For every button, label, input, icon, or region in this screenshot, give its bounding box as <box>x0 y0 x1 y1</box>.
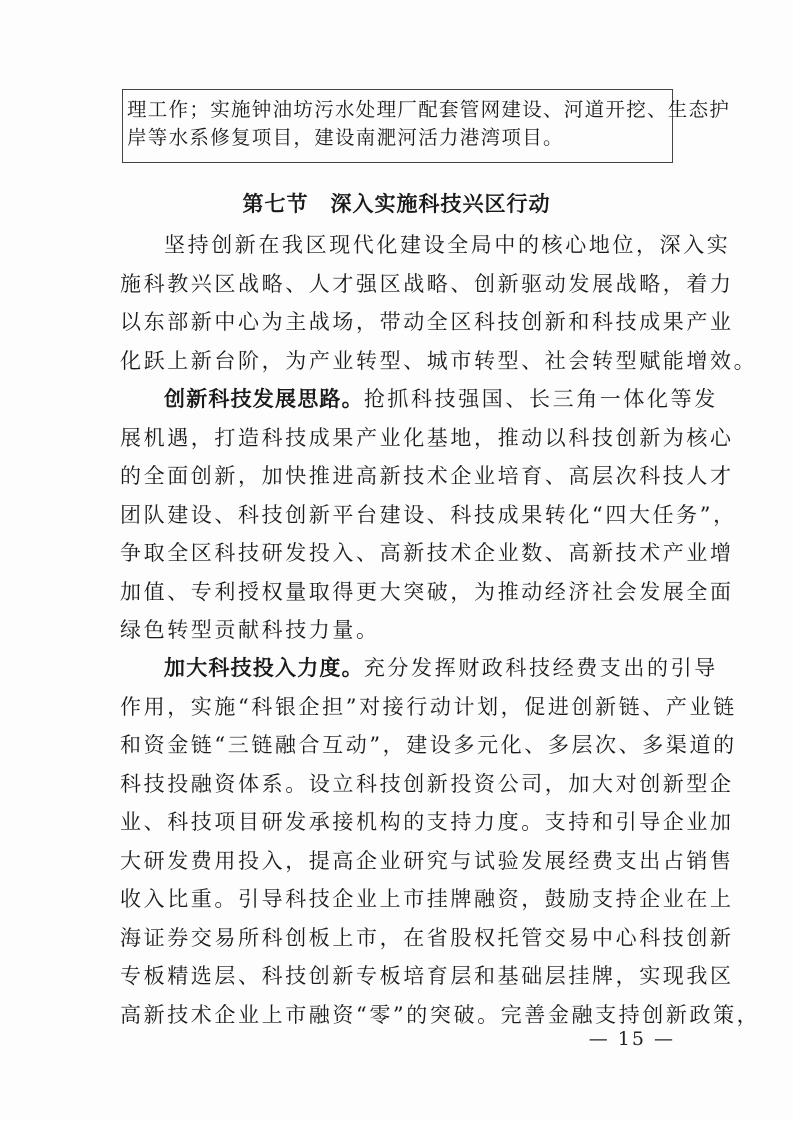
paragraph-line: 海证券交易所科创板上市，在省股权托管交易中心科技创新 <box>120 919 680 958</box>
paragraph-line: 坚持创新在我区现代化建设全局中的核心地位，深入实 <box>120 226 680 265</box>
section-heading: 第七节深入实施科技兴区行动 <box>0 188 793 218</box>
paragraph-line: 施科教兴区战略、人才强区战略、创新驱动发展战略，着力 <box>120 265 680 304</box>
document-page: 理工作；实施钟油坊污水处理厂配套管网建设、河道开挖、生态护 岸等水系修复项目，建… <box>0 0 793 1121</box>
paragraph-tech-investment: 加大科技投入力度。充分发挥财政科技经费支出的引导 作用，实施“科银企担”对接行动… <box>120 649 680 1034</box>
paragraph-lead-heading: 创新科技发展思路。 <box>164 387 364 411</box>
paragraph-line: 科技投融资体系。设立科技创新投资公司，加大对创新型企 <box>120 765 680 804</box>
paragraph-innovation-thinking: 创新科技发展思路。抢抓科技强国、长三角一体化等发 展机遇，打造科技成果产业化基地… <box>120 380 680 650</box>
boxed-text-continuation: 理工作；实施钟油坊污水处理厂配套管网建设、河道开挖、生态护 岸等水系修复项目，建… <box>122 89 673 163</box>
paragraph-line: 专板精选层、科技创新专板培育层和基础层挂牌，实现我区 <box>120 957 680 996</box>
paragraph-line: 创新科技发展思路。抢抓科技强国、长三角一体化等发 <box>120 380 680 419</box>
paragraph-intro: 坚持创新在我区现代化建设全局中的核心地位，深入实 施科教兴区战略、人才强区战略、… <box>120 226 680 380</box>
section-number: 第七节 <box>243 192 309 216</box>
paragraph-line: 业、科技项目研发承接机构的支持力度。支持和引导企业加 <box>120 803 680 842</box>
paragraph-line: 以东部新中心为主战场，带动全区科技创新和科技成果产业 <box>120 303 680 342</box>
paragraph-line: 团队建设、科技创新平台建设、科技成果转化“四大任务”， <box>120 496 680 535</box>
paragraph-line: 加值、专利授权量取得更大突破，为推动经济社会发展全面 <box>120 573 680 612</box>
paragraph-line: 加大科技投入力度。充分发挥财政科技经费支出的引导 <box>120 649 680 688</box>
paragraph-line: 的全面创新，加快推进高新技术企业培育、高层次科技人才 <box>120 457 680 496</box>
paragraph-line: 展机遇，打造科技成果产业化基地，推动以科技创新为核心 <box>120 419 680 458</box>
paragraph-line: 争取全区科技研发投入、高新技术企业数、高新技术产业增 <box>120 534 680 573</box>
paragraph-line: 和资金链“三链融合互动”，建设多元化、多层次、多渠道的 <box>120 726 680 765</box>
paragraph-line: 大研发费用投入，提高企业研究与试验发展经费支出占销售 <box>120 842 680 881</box>
paragraph-line: 化跃上新台阶，为产业转型、城市转型、社会转型赋能增效。 <box>120 342 680 381</box>
section-title: 深入实施科技兴区行动 <box>331 192 551 216</box>
page-number: — 15 — <box>589 1028 675 1050</box>
paragraph-line: 绿色转型贡献科技力量。 <box>120 611 680 650</box>
boxed-text-line: 岸等水系修复项目，建设南淝河活力港湾项目。 <box>127 124 666 152</box>
paragraph-lead-heading: 加大科技投入力度。 <box>164 656 364 680</box>
boxed-text-line: 理工作；实施钟油坊污水处理厂配套管网建设、河道开挖、生态护 <box>127 96 666 124</box>
paragraph-line: 收入比重。引导科技企业上市挂牌融资，鼓励支持企业在上 <box>120 880 680 919</box>
paragraph-line: 作用，实施“科银企担”对接行动计划，促进创新链、产业链 <box>120 688 680 727</box>
